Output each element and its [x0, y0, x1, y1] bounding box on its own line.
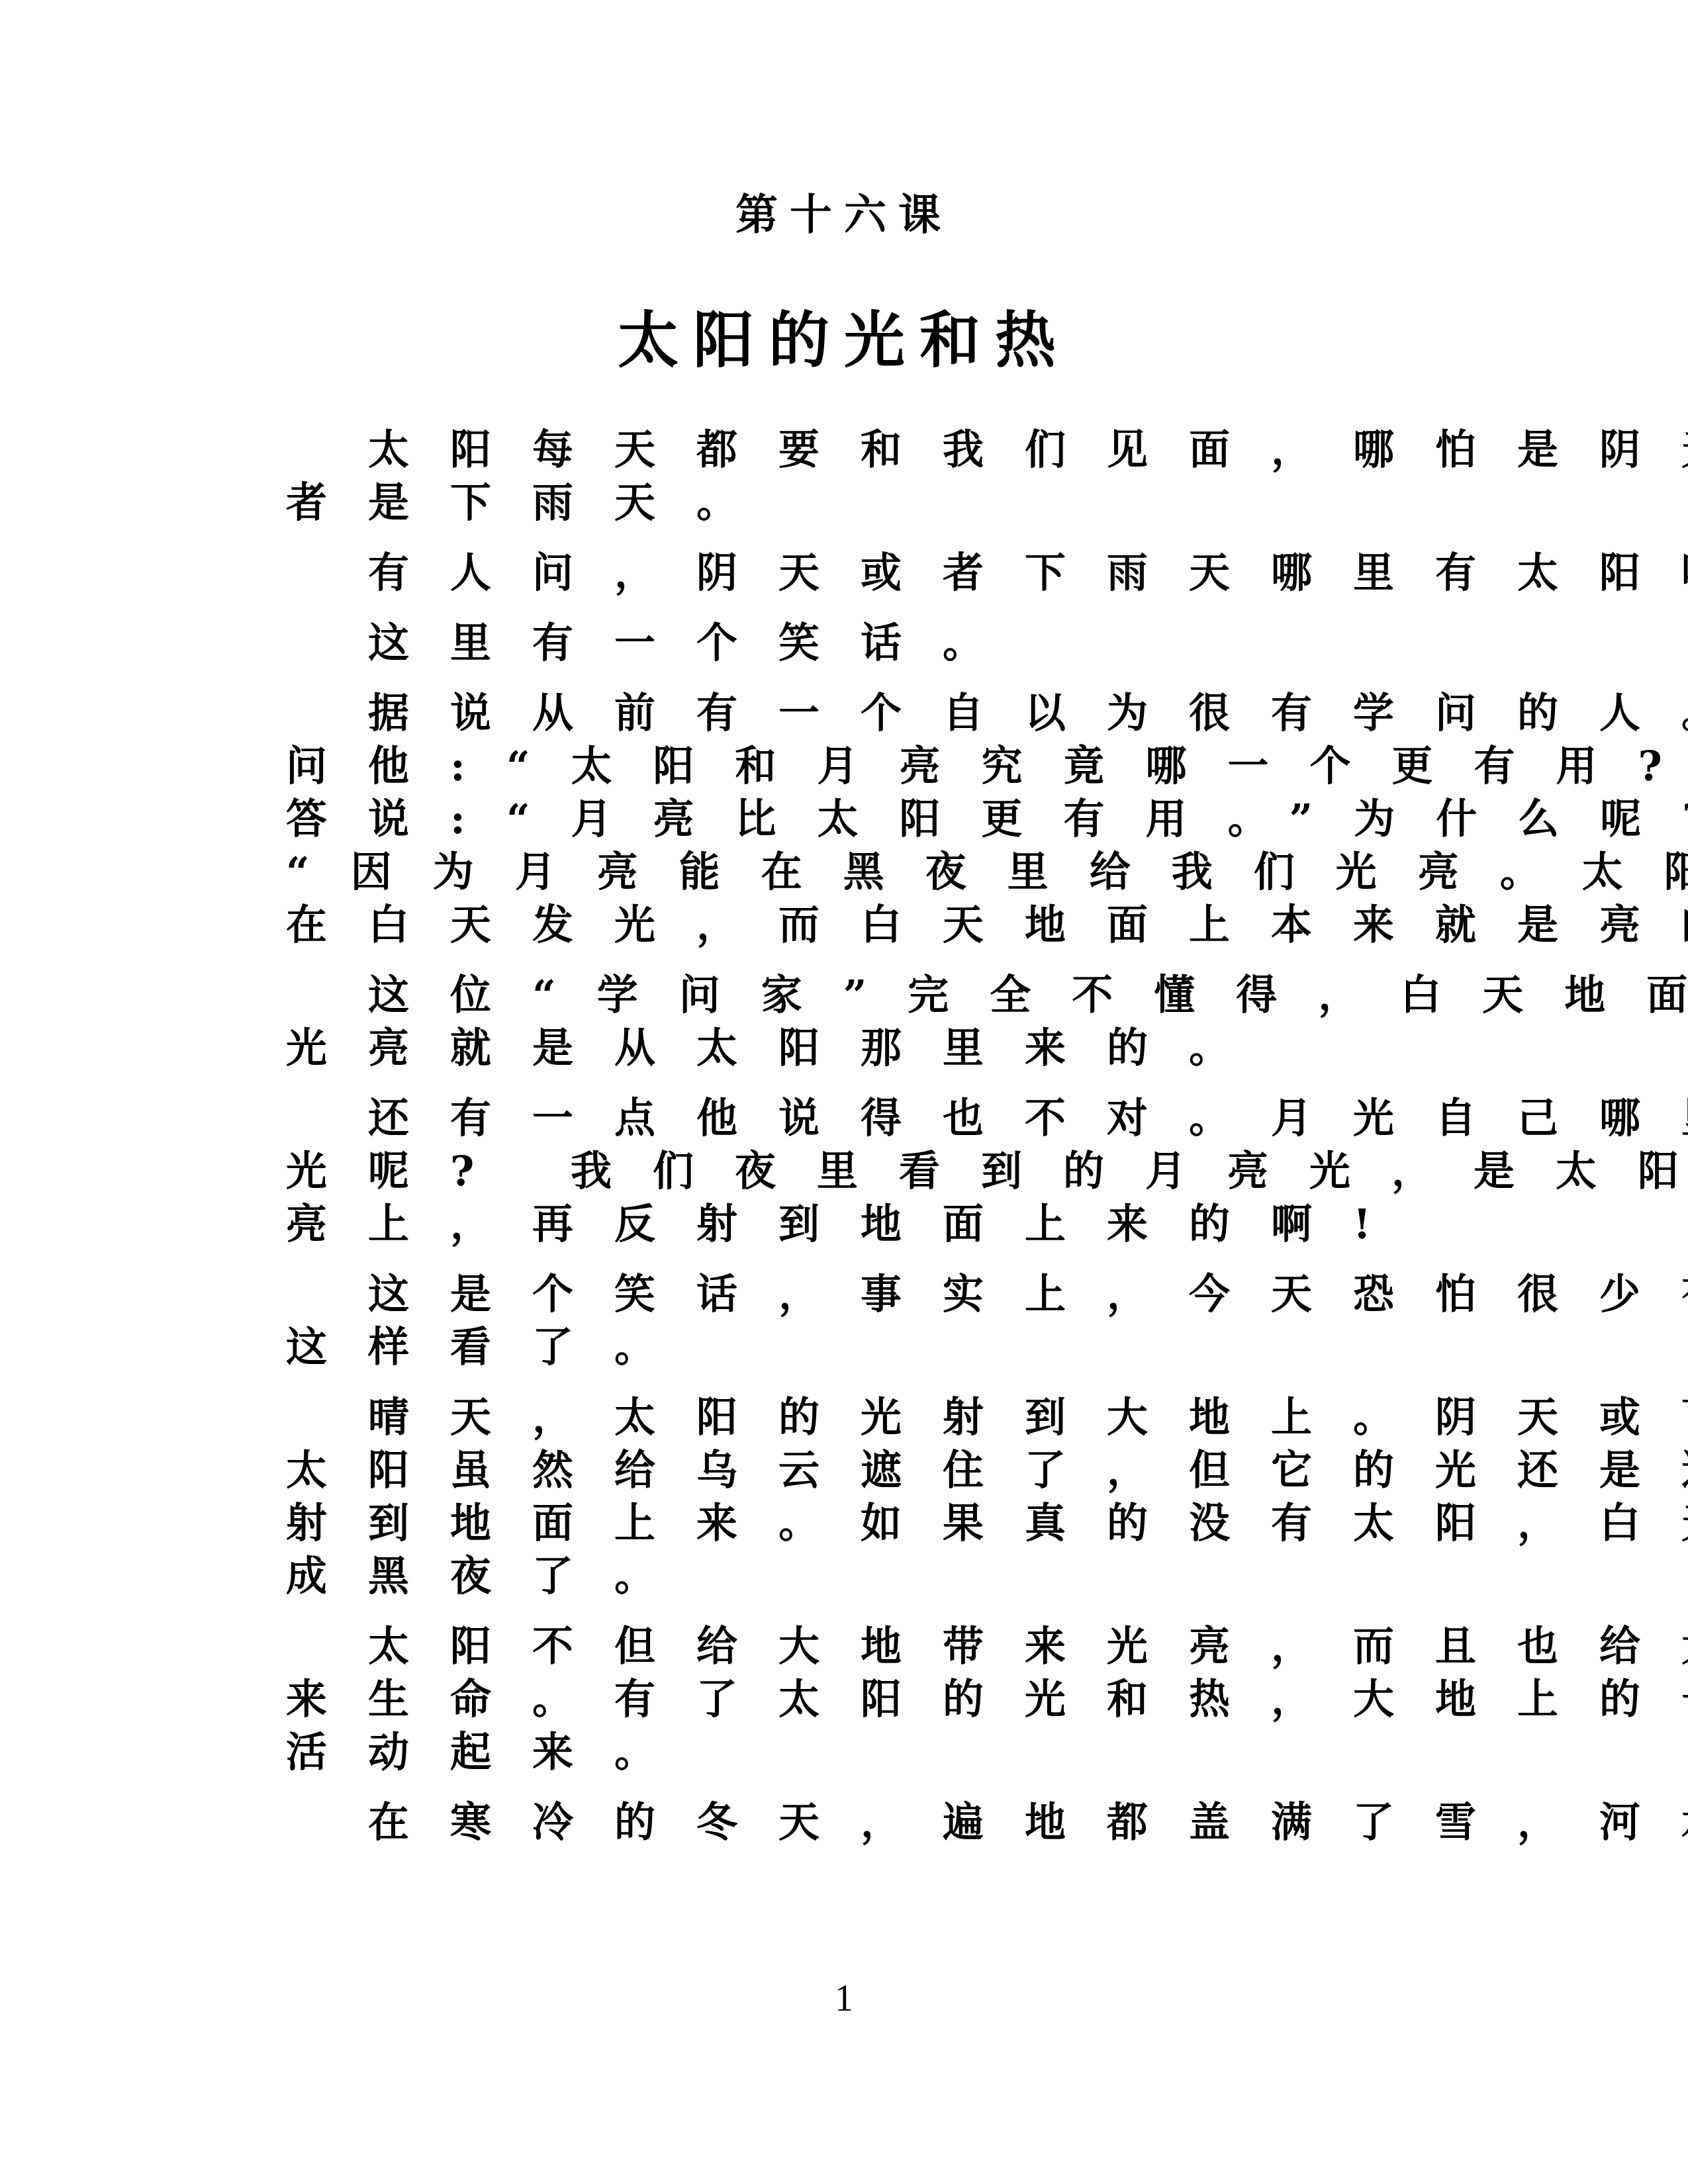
text-line: 活动起来。: [286, 1726, 1464, 1779]
paragraph-5: 这位“学问家”完全不懂得，白天地面上的 光亮就是从太阳那里来的。: [286, 969, 1464, 1075]
text-line: 这位“学问家”完全不懂得，白天地面上的: [286, 969, 1464, 1022]
text-line: 这样看了。: [286, 1321, 1464, 1374]
text-line: 光呢? 我们夜里看到的月亮光，是太阳光射到月: [286, 1145, 1464, 1198]
text-line: 来生命。有了太阳的光和热，大地上的一切才能: [286, 1673, 1464, 1726]
text-line: 在寒冷的冬天，遍地都盖满了雪，河水也结: [286, 1796, 1464, 1849]
text-line: 还有一点他说得也不对。月光自己哪里会发: [286, 1092, 1464, 1145]
text-line: 晴天，太阳的光射到大地上。阴天或下雨天，: [286, 1391, 1464, 1444]
text-line: 有人问，阴天或者下雨天哪里有太阳呢?: [286, 547, 1464, 600]
text-line: “因为月亮能在黑夜里给我们光亮。太阳只能: [286, 846, 1464, 899]
paragraph-6: 还有一点他说得也不对。月光自己哪里会发 光呢? 我们夜里看到的月亮光，是太阳光射…: [286, 1092, 1464, 1251]
paragraph-4: 据说从前有一个自以为很有学问的人。别人 问他:“太阳和月亮究竟哪一个更有用?”他…: [286, 687, 1464, 952]
page-number: 1: [0, 1976, 1688, 2022]
text-line: 光亮就是从太阳那里来的。: [286, 1022, 1464, 1075]
body-text: 太阳每天都要和我们见面，哪怕是阴天，或 者是下雨天。 有人问，阴天或者下雨天哪里…: [286, 424, 1464, 1866]
text-line: 这是个笑话，事实上，今天恐怕很少有人再: [286, 1268, 1464, 1321]
text-line: 亮上，再反射到地面上来的啊!: [286, 1198, 1464, 1251]
lesson-title: 太阳的光和热: [0, 301, 1688, 381]
text-line: 太阳虽然给乌云遮住了，但它的光还是透过云层，: [286, 1444, 1464, 1497]
text-line: 太阳每天都要和我们见面，哪怕是阴天，或: [286, 424, 1464, 477]
text-line: 太阳不但给大地带来光亮，而且也给大地带: [286, 1620, 1464, 1673]
paragraph-9: 太阳不但给大地带来光亮，而且也给大地带 来生命。有了太阳的光和热，大地上的一切才…: [286, 1620, 1464, 1779]
text-line: 在白天发光，而白天地面上本来就是亮的。”: [286, 899, 1464, 952]
paragraph-1: 太阳每天都要和我们见面，哪怕是阴天，或 者是下雨天。: [286, 424, 1464, 529]
paragraph-3: 这里有一个笑话。: [286, 617, 1464, 670]
text-line: 成黑夜了。: [286, 1550, 1464, 1603]
text-line: 者是下雨天。: [286, 477, 1464, 529]
text-line: 问他:“太阳和月亮究竟哪一个更有用?”他回: [286, 740, 1464, 793]
paragraph-8: 晴天，太阳的光射到大地上。阴天或下雨天， 太阳虽然给乌云遮住了，但它的光还是透过…: [286, 1391, 1464, 1603]
paragraph-10: 在寒冷的冬天，遍地都盖满了雪，河水也结: [286, 1796, 1464, 1849]
paragraph-2: 有人问，阴天或者下雨天哪里有太阳呢?: [286, 547, 1464, 600]
text-line: 这里有一个笑话。: [286, 617, 1464, 670]
paragraph-7: 这是个笑话，事实上，今天恐怕很少有人再 这样看了。: [286, 1268, 1464, 1374]
lesson-number: 第十六课: [0, 185, 1688, 245]
document-page: 第十六课 太阳的光和热 太阳每天都要和我们见面，哪怕是阴天，或 者是下雨天。 有…: [0, 0, 1688, 2184]
text-line: 答说:“月亮比太阳更有用。”为什么呢? 他说:: [286, 793, 1464, 846]
text-line: 射到地面上来。如果真的没有太阳，白天就要变: [286, 1497, 1464, 1550]
text-line: 据说从前有一个自以为很有学问的人。别人: [286, 687, 1464, 740]
